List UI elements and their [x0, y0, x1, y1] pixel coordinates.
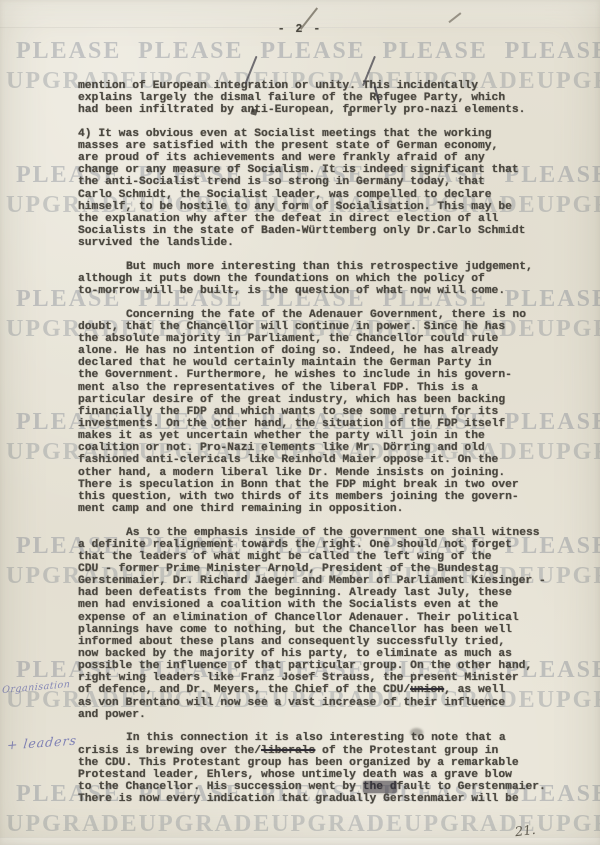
paragraph: In this connection it is also interestin…: [78, 732, 578, 805]
text-line: informed about these plans and consequen…: [78, 636, 578, 648]
paragraph: As to the emphasis inside of the governm…: [78, 527, 578, 721]
text-line: expense of an elimination of Chancellor …: [78, 612, 578, 624]
struck-through-text: liberals: [261, 745, 315, 757]
text-line: crisis is brewing over the/liberals of t…: [78, 745, 578, 757]
text-line: Socialists in the state of Baden-Württem…: [78, 225, 578, 237]
text-line: and power.: [78, 709, 578, 721]
text-line: now backed by the majority of his party,…: [78, 648, 578, 660]
text-line: fashioned anti-clericals like Reinhold M…: [78, 454, 578, 466]
text-line: although it puts down the foundations on…: [78, 273, 578, 285]
text-line: himself, to be hostile to any form of So…: [78, 201, 578, 213]
text-line: right wing leaders like Franz Josef Stra…: [78, 672, 578, 684]
inked-out-text: the d: [363, 781, 397, 793]
text-line: Protestand leader, Ehlers, whose untimel…: [78, 769, 578, 781]
text-line: investments. On the other hand, the situ…: [78, 418, 578, 430]
scan-bottom-edge: [0, 837, 600, 845]
typewritten-text: mention of European integration or unity…: [78, 80, 578, 817]
text-line: the anti-Socialist trend is so strong in…: [78, 176, 578, 188]
text-line: ment camp and one third remaining in opp…: [78, 503, 578, 515]
text-line: that the leaders of what might be called…: [78, 551, 578, 563]
text-line: But much more interesting than this retr…: [78, 261, 578, 273]
text-line: doubt, that the Chancellor will continue…: [78, 321, 578, 333]
text-line: particular desire of the great industry,…: [78, 394, 578, 406]
text-line: There is speculation in Bonn that the FD…: [78, 479, 578, 491]
text-line: of defence, and Dr. Meyers, the Chief of…: [78, 684, 578, 696]
text-line: There is now every indication that gradu…: [78, 793, 578, 805]
text-line: had been infiltrated by anti-European, f…: [78, 104, 578, 116]
text-line: men had envisioned a coalition with the …: [78, 599, 578, 611]
paragraph: Concerning the fate of the Adenauer Gove…: [78, 309, 578, 515]
text-line: Gerstenmaier, Dr. Richard Jaeger and Mem…: [78, 575, 578, 587]
text-line: In this connection it is also interestin…: [78, 732, 578, 744]
paragraph: mention of European integration or unity…: [78, 80, 578, 116]
text-line: survived the landslide.: [78, 237, 578, 249]
handwritten-page-number: 21.: [514, 823, 536, 840]
text-line: financially the FDP and which wants to s…: [78, 406, 578, 418]
struck-through-text: union: [410, 684, 444, 696]
text-line: the absolute majority in Parliament, the…: [78, 333, 578, 345]
text-line: this question, with two thirds of its me…: [78, 491, 578, 503]
text-line: 4) It was obvious even at Socialist meet…: [78, 128, 578, 140]
text-line: the CDU. This Protestant group has been …: [78, 757, 578, 769]
text-line: are proud of its achievements and were f…: [78, 152, 578, 164]
text-line: change or any measure of Socialism. It i…: [78, 164, 578, 176]
text-line: as von Brentano will now see a vast incr…: [78, 697, 578, 709]
text-line: other hand, a modern liberal like Dr. Me…: [78, 467, 578, 479]
paragraph: 4) It was obvious even at Socialist meet…: [78, 128, 578, 249]
text-line: to the Chancellor. His succession went b…: [78, 781, 578, 793]
text-line: a definite realignement towards the righ…: [78, 539, 578, 551]
text-line: plannings have come to nothing, but the …: [78, 624, 578, 636]
paragraph: But much more interesting than this retr…: [78, 261, 578, 297]
text-line: possible the influence of that particula…: [78, 660, 578, 672]
text-line: As to the emphasis inside of the governm…: [78, 527, 578, 539]
text-line: ment also the representatives of the lib…: [78, 382, 578, 394]
text-line: to-morrow will be built, is the question…: [78, 285, 578, 297]
text-line: the Government. Furthermore, he wishes t…: [78, 369, 578, 381]
page-number-top: - 2 -: [0, 23, 600, 36]
text-line: Concerning the fate of the Adenauer Gove…: [78, 309, 578, 321]
text-line: CDU - former Prime Minister Arnold, Pres…: [78, 563, 578, 575]
text-line: mention of European integration or unity…: [78, 80, 578, 92]
text-line: explains largely the dismal failure of t…: [78, 92, 578, 104]
text-line: the explanation why after the defeat in …: [78, 213, 578, 225]
text-line: makes it as yet uncertain whether the pa…: [78, 430, 578, 442]
text-line: alone. He has no intention of doing so. …: [78, 345, 578, 357]
text-line: masses are satisfied with the present st…: [78, 140, 578, 152]
text-line: Carlo Schmidt, the Socialist leader, was…: [78, 189, 578, 201]
text-line: had been defeatists from the beginning. …: [78, 587, 578, 599]
text-line: coalition or not. Pro-Nazi elements like…: [78, 442, 578, 454]
text-line: declared that he would certainly maintai…: [78, 357, 578, 369]
